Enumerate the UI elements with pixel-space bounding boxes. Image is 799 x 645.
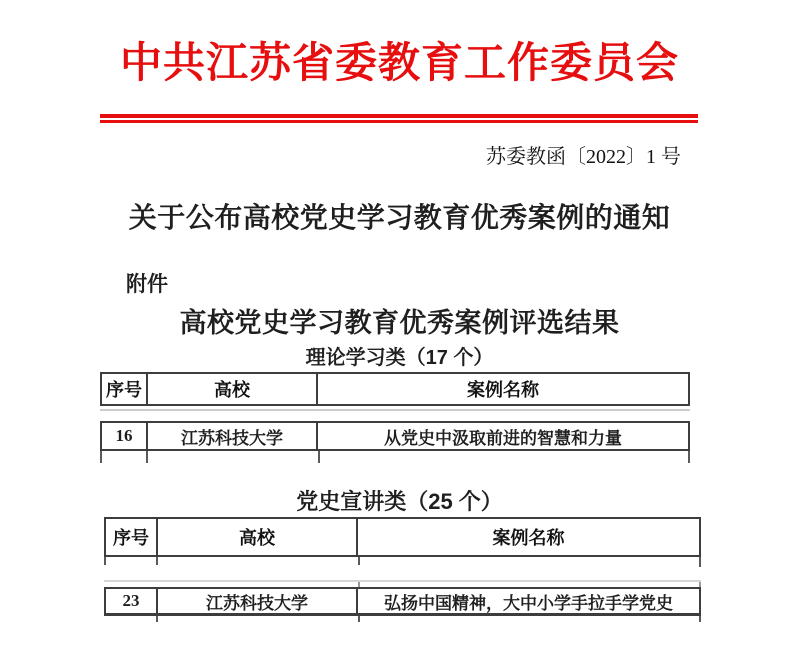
section1-col-header-school: 高校 [148,374,318,404]
table-border-stub [104,557,106,565]
table-border-stub [688,451,690,463]
section1-faint-divider [100,409,690,411]
section2-col-header-school: 高校 [158,519,358,555]
section2-table-header-row: 序号 高校 案例名称 [104,517,701,557]
letterhead-rule-thin-line [100,120,698,123]
table-border-stub [146,451,148,463]
attachment-label: 附件 [126,268,168,298]
result-title: 高校党史学习教育优秀案例评选结果 [0,301,799,340]
section1-table-header-row: 序号 高校 案例名称 [100,372,690,406]
letterhead-rule [100,114,698,123]
section2-table-row: 23 江苏科技大学 弘扬中国精神，大中小学手拉手学党史 [104,587,701,616]
table-border-stub [156,557,158,565]
section1-row-case: 从党史中汲取前进的智慧和力量 [318,423,688,449]
table-border-stub [358,616,360,622]
section1-heading: 理论学习类（17 个） [0,341,799,370]
section1-row-no: 16 [102,423,148,449]
section2-row-case: 弘扬中国精神，大中小学手拉手学党史 [358,589,699,613]
table-border-stub [156,616,158,622]
section2-row-no: 23 [106,589,158,613]
document-number: 苏委教函〔2022〕1 号 [0,140,799,169]
table-border-stub [358,557,360,565]
section2-faint-divider [104,580,701,582]
letterhead-rule-thick-line [100,114,698,118]
document-page: 中共江苏省委教育工作委员会 苏委教函〔2022〕1 号 关于公布高校党史学习教育… [0,0,799,645]
table-border-stub [699,616,701,622]
section2-heading: 党史宣讲类（25 个） [0,485,799,516]
section1-table-row: 16 江苏科技大学 从党史中汲取前进的智慧和力量 [100,421,690,451]
section2-row-school: 江苏科技大学 [158,589,358,613]
section1-col-header-case: 案例名称 [318,374,688,404]
table-border-stub [318,451,320,463]
section2-col-header-no: 序号 [106,519,158,555]
section2-col-header-case: 案例名称 [358,519,699,555]
notice-title: 关于公布高校党史学习教育优秀案例的通知 [0,196,799,236]
table-border-stub [699,557,701,567]
section1-col-header-no: 序号 [102,374,148,404]
table-border-stub [100,451,102,463]
section1-row-school: 江苏科技大学 [148,423,318,449]
letterhead-org-title: 中共江苏省委教育工作委员会 [0,38,799,91]
